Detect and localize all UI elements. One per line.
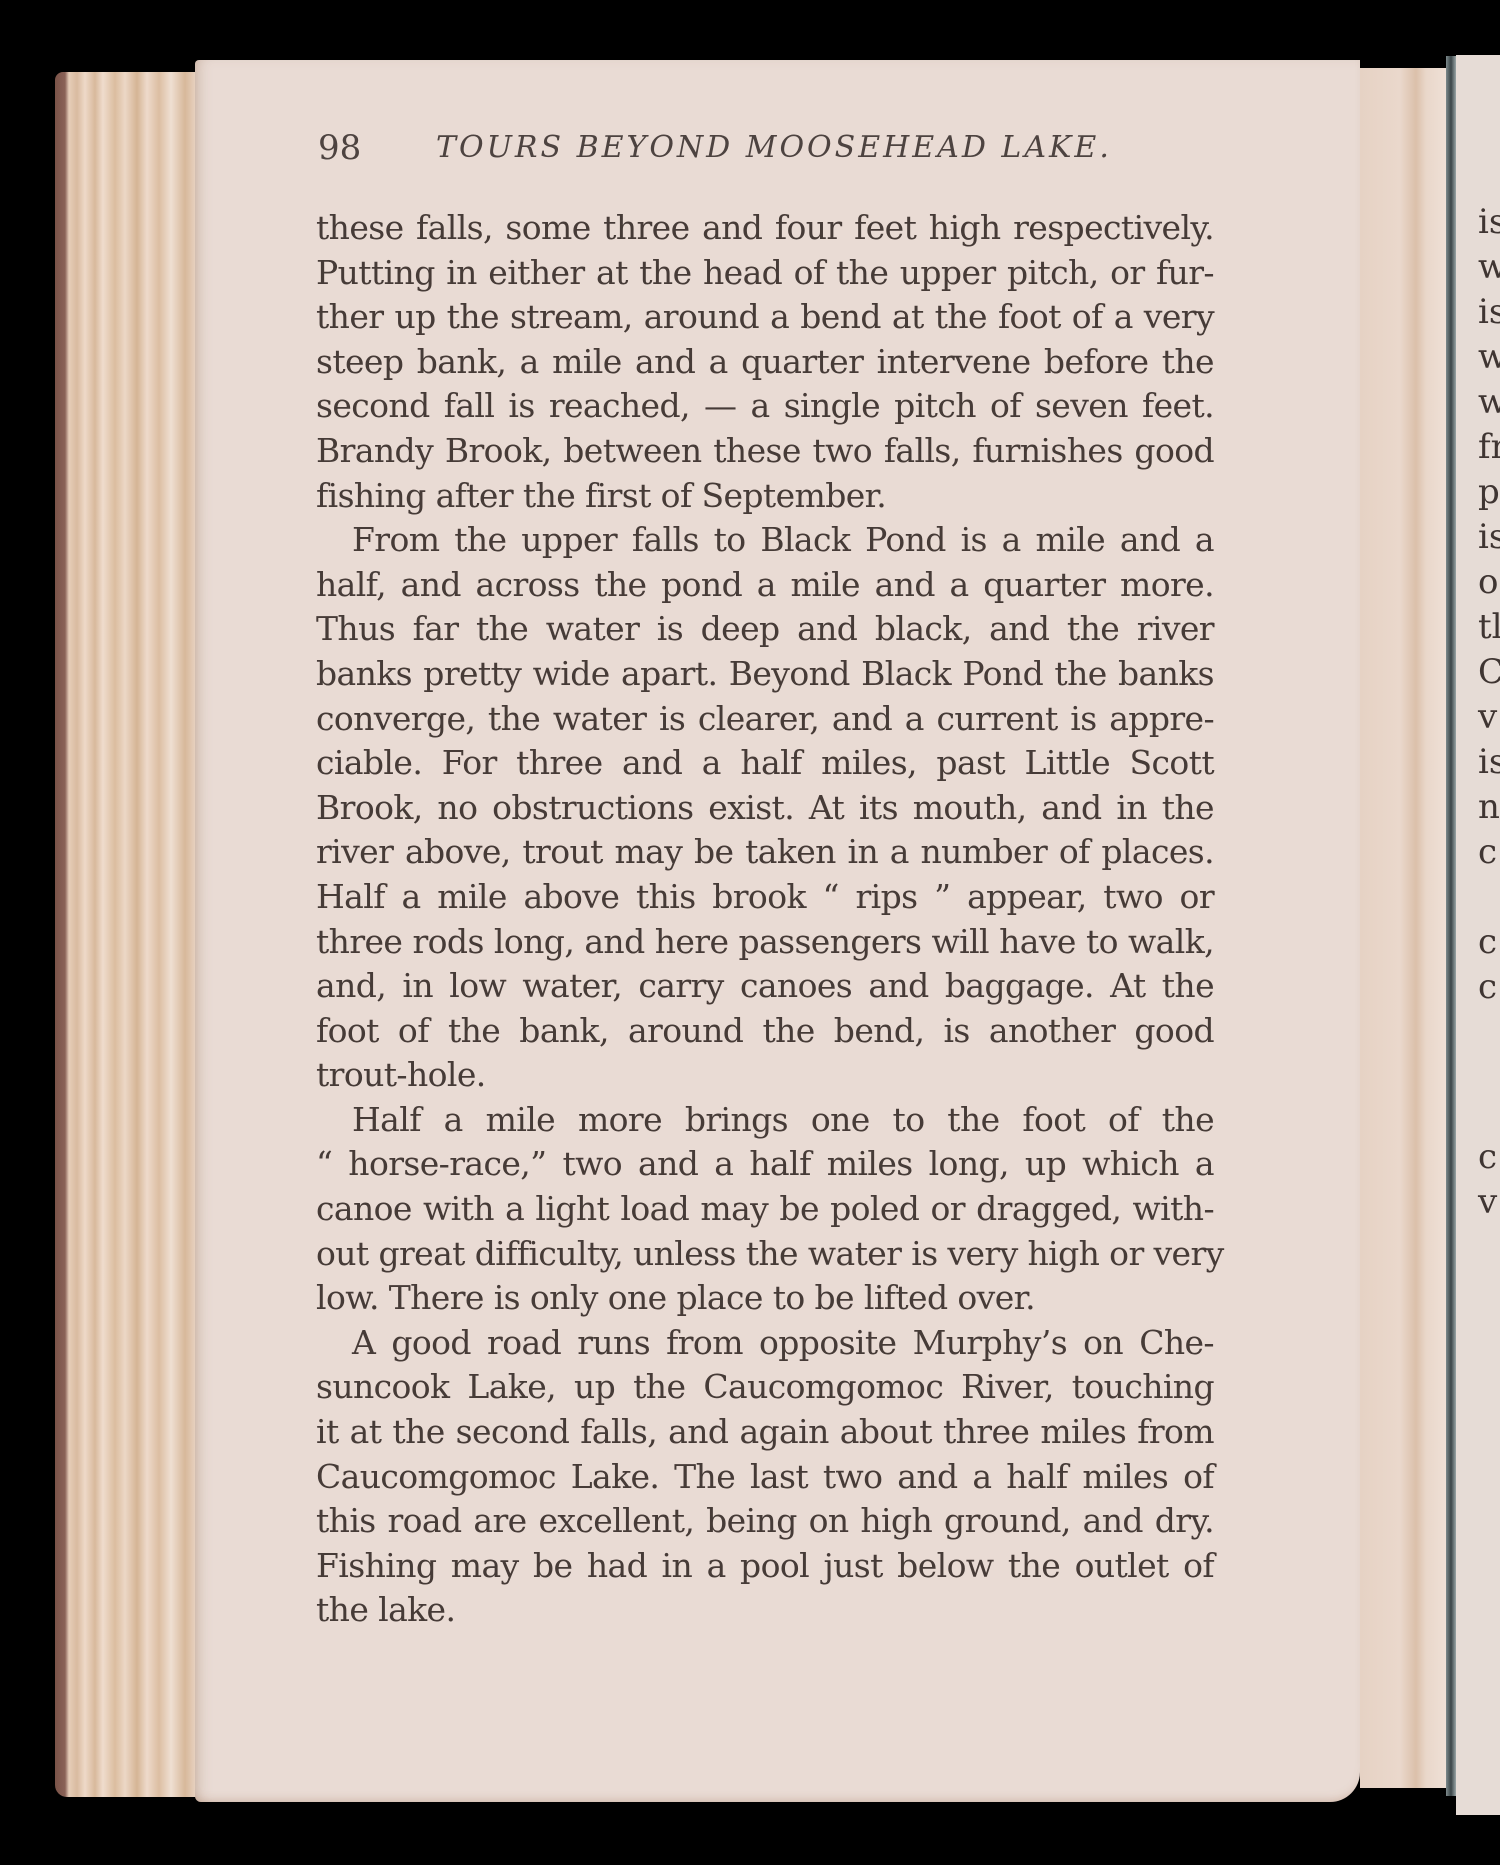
running-header: 98 TOURS BEYOND MOOSEHEAD LAKE. — [318, 128, 1218, 168]
text-line: steep bank, a mile and a quarter interve… — [316, 340, 1214, 385]
next-page-text-fragment: n — [1478, 790, 1500, 824]
text-line: three rods long, and here passengers wil… — [316, 920, 1214, 965]
paragraph: Half a mile more brings one to the foot … — [316, 1098, 1214, 1321]
text-line: low. There is only one place to be lifte… — [316, 1276, 1214, 1321]
page-stack-edge — [55, 72, 205, 1797]
next-page-text-fragment: is — [1478, 205, 1500, 239]
text-line: fishing after the first of September. — [316, 474, 1214, 519]
gutter-shadow — [1446, 56, 1456, 1796]
text-line: Caucomgomoc Lake. The last two and a hal… — [316, 1455, 1214, 1500]
text-line: it at the second falls, and again about … — [316, 1410, 1214, 1455]
next-page-text-fragment: w — [1478, 250, 1500, 284]
text-line: these falls, some three and four feet hi… — [316, 206, 1214, 251]
text-line: suncook Lake, up the Caucomgomoc River, … — [316, 1365, 1214, 1410]
page-number: 98 — [318, 128, 361, 168]
text-line: From the upper falls to Black Pond is a … — [316, 518, 1214, 563]
text-line: this road are excellent, being on high g… — [316, 1499, 1214, 1544]
text-line: A good road runs from opposite Murphy’s … — [316, 1321, 1214, 1366]
text-line: out great difficulty, unless the water i… — [316, 1232, 1214, 1277]
text-line: “ horse-race,” two and a half miles long… — [316, 1142, 1214, 1187]
text-line: Brook, no obstructions exist. At its mou… — [316, 786, 1214, 831]
paragraph: From the upper falls to Black Pond is a … — [316, 518, 1214, 1098]
next-page-text-fragment: is — [1478, 520, 1500, 554]
text-line: Putting in either at the head of the upp… — [316, 251, 1214, 296]
next-page-text-fragment: is — [1478, 745, 1500, 779]
paragraph: A good road runs from opposite Murphy’s … — [316, 1321, 1214, 1633]
text-line: Half a mile above this brook “ rips ” ap… — [316, 875, 1214, 920]
next-page-text-fragment: c — [1478, 835, 1497, 869]
text-line: foot of the bank, around the bend, is an… — [316, 1009, 1214, 1054]
text-line: half, and across the pond a mile and a q… — [316, 563, 1214, 608]
next-page-text-fragment: c — [1478, 970, 1497, 1004]
book-gutter — [1360, 68, 1450, 1788]
next-page-text-fragment: v — [1478, 700, 1497, 734]
text-line: second fall is reached, — a single pitch… — [316, 384, 1214, 429]
next-page-text-fragment: fr — [1478, 430, 1500, 464]
text-line: and, in low water, carry canoes and bagg… — [316, 964, 1214, 1009]
text-line: canoe with a light load may be poled or … — [316, 1187, 1214, 1232]
next-page-text-fragment: C — [1478, 655, 1500, 689]
text-line: banks pretty wide apart. Beyond Black Po… — [316, 652, 1214, 697]
next-page-text-fragment: c — [1478, 925, 1497, 959]
text-line: Brandy Brook, between these two falls, f… — [316, 429, 1214, 474]
text-line: Thus far the water is deep and black, an… — [316, 607, 1214, 652]
paragraph: these falls, some three and four feet hi… — [316, 206, 1214, 518]
text-line: Fishing may be had in a pool just below … — [316, 1544, 1214, 1589]
text-line: ther up the stream, around a bend at the… — [316, 295, 1214, 340]
next-page-text-fragment: c — [1478, 1140, 1497, 1174]
next-page-text-fragment: w — [1478, 385, 1500, 419]
text-line: trout-hole. — [316, 1053, 1214, 1098]
next-page-text-fragment: p — [1478, 475, 1500, 509]
next-page-text-fragment: o — [1478, 565, 1498, 599]
text-line: Half a mile more brings one to the foot … — [316, 1098, 1214, 1143]
next-page-text-fragment: tl — [1478, 610, 1500, 644]
next-page-text-fragment: v — [1478, 1185, 1497, 1219]
running-title: TOURS BEYOND MOOSEHEAD LAKE. — [436, 130, 1112, 165]
next-page-text-fragment: is — [1478, 295, 1500, 329]
page-body: these falls, some three and four feet hi… — [316, 206, 1214, 1633]
text-line: the lake. — [316, 1588, 1214, 1633]
next-page-text-fragment: w — [1478, 340, 1500, 374]
text-line: river above, trout may be taken in a num… — [316, 830, 1214, 875]
text-line: converge, the water is clearer, and a cu… — [316, 697, 1214, 742]
text-line: ciable. For three and a half miles, past… — [316, 741, 1214, 786]
next-page-fragment: iswiswwfrpisotlCvisnccccv — [1456, 55, 1500, 1815]
